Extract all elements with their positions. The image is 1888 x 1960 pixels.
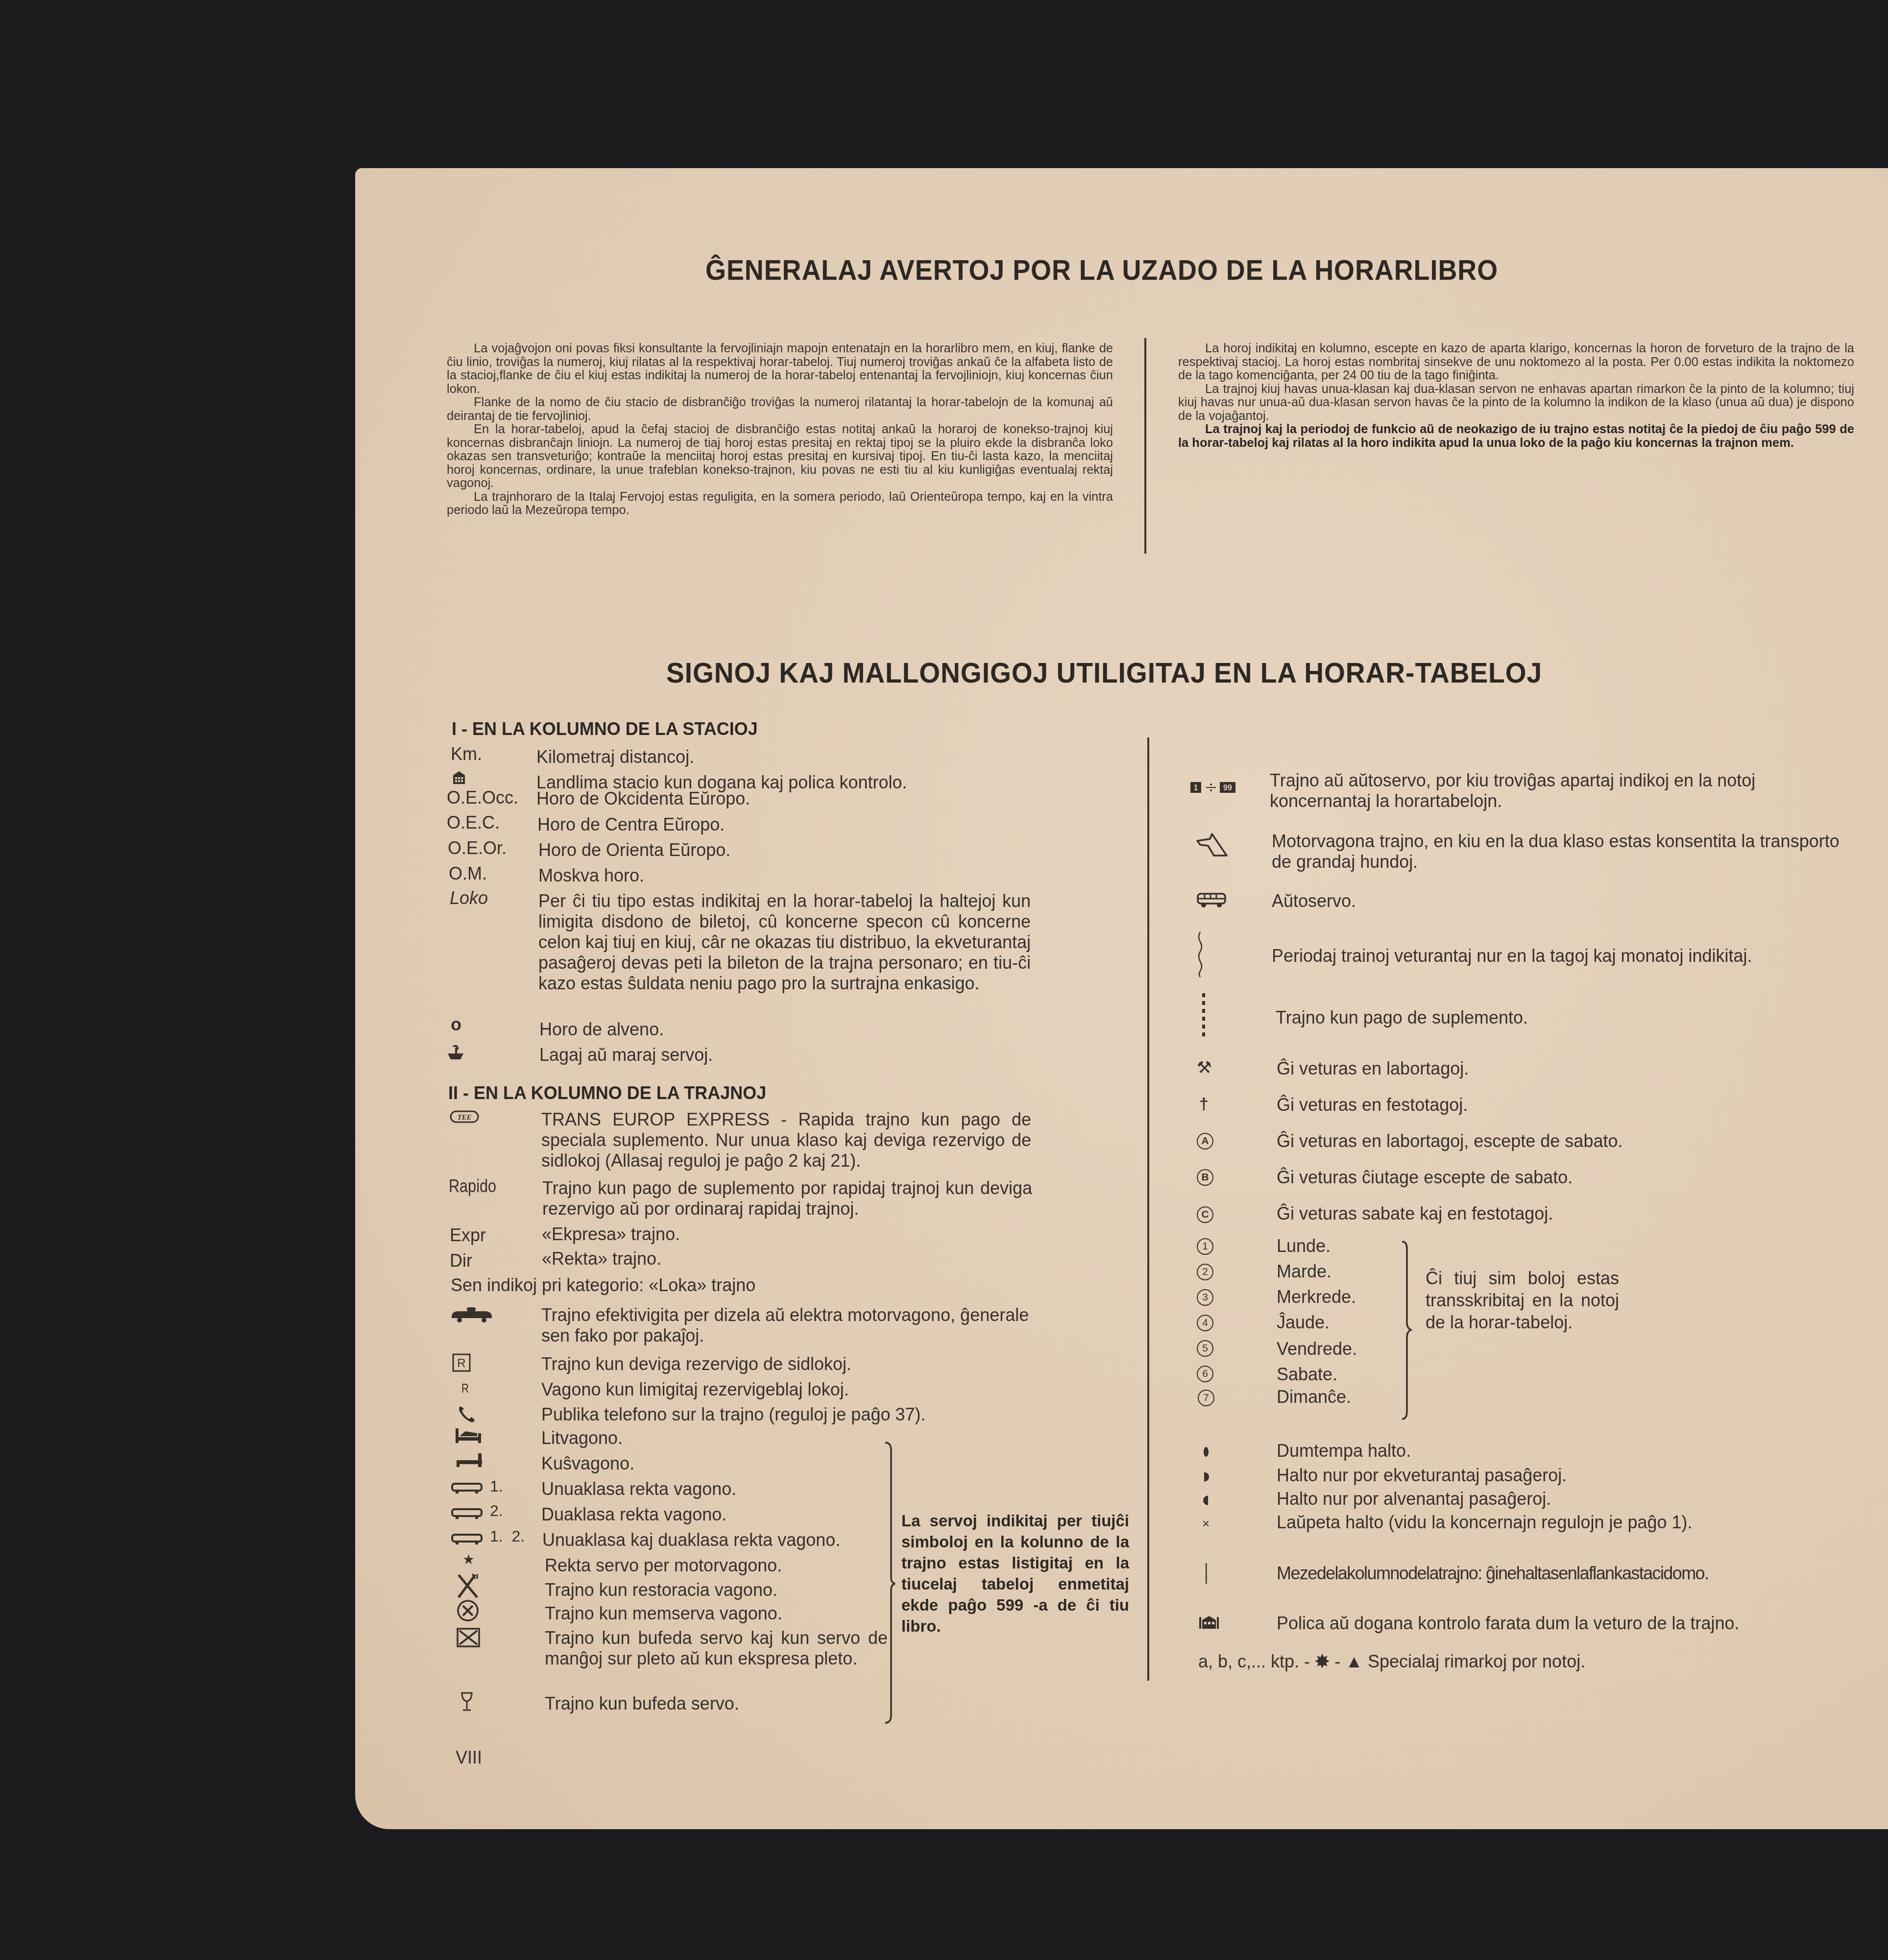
legend-text: Ĝi veturas en labortagoj. <box>1277 1058 1469 1079</box>
legend-text: Trajno kun pago de suplemento por rapida… <box>542 1178 1032 1219</box>
legend-text: Periodaj trainoj veturantaj nur en la ta… <box>1272 946 1752 966</box>
title-general-notes: ĜENERALAJ AVERTOJ POR LA UZADO DE LA HOR… <box>705 254 1498 287</box>
coach-icon <box>451 1481 483 1494</box>
vertical-bar-icon <box>1206 1563 1208 1584</box>
services-brace-note: La servoj indikitaj per tiujĉi simboloj … <box>901 1510 1129 1637</box>
legend-text: Per ĉi tiu tipo estas indikitaj en la ho… <box>538 891 1031 994</box>
on-request-stop-icon: × <box>1202 1513 1210 1534</box>
class-label: 1. 2. <box>490 1526 525 1546</box>
telephone-icon <box>457 1404 477 1424</box>
day-1-icon: 1 <box>1197 1238 1213 1255</box>
legend-text: Polica aŭ dogana kontrolo farata dum la … <box>1277 1613 1740 1634</box>
page-number: VIII <box>456 1747 482 1768</box>
left-half-stop-icon <box>1203 1494 1209 1506</box>
svg-text:TEE: TEE <box>457 1114 471 1122</box>
legend-text: Sabate. <box>1277 1364 1337 1385</box>
services-brace <box>884 1441 896 1725</box>
ship-icon <box>447 1044 464 1060</box>
bus-icon <box>1197 892 1227 908</box>
svg-text:1: 1 <box>1194 784 1198 792</box>
note-paragraph: En la horar-tabeloj, apud la ĉefaj staci… <box>447 423 1113 490</box>
legend-text: Trajno efektivigita per dizela aŭ elektr… <box>541 1305 1034 1346</box>
coach-icon <box>451 1532 483 1545</box>
special-letters: a, b, c,... ktp. - <box>1198 1651 1310 1671</box>
symbol-oe-or: O.E.Or. <box>448 838 507 858</box>
legend-text: Aŭtoservo. <box>1272 891 1356 911</box>
legend-text: Lunde. <box>1277 1236 1331 1256</box>
full-stop-icon <box>1203 1446 1209 1457</box>
notes-left-column: La vojaĝvojon oni povas fiksi konsultant… <box>447 342 1113 517</box>
legend-text: Lagaj aŭ maraj servoj. <box>539 1045 713 1065</box>
dog-icon <box>1195 833 1230 858</box>
special-remarks-row: a, b, c,... ktp. - ✸ - ▲ Specialaj rimar… <box>1198 1651 1585 1672</box>
hammers-icon: ⚒ <box>1197 1057 1211 1078</box>
star-icon: ★ <box>462 1549 475 1570</box>
legend-text: Trajno kun restoracia vagono. <box>545 1580 777 1600</box>
legend-text: Trajno kun deviga rezervigo de sidlokoj. <box>541 1354 851 1374</box>
day-5-icon: 5 <box>1197 1340 1213 1357</box>
note-paragraph: La horoj indikitaj en kolumno, escepte e… <box>1178 342 1854 383</box>
arrival-icon: o <box>451 1014 461 1035</box>
symbol-dir: Dir <box>450 1250 472 1271</box>
asterisk-icon: ✸ <box>1315 1651 1330 1671</box>
legend-text: Halto nur por ekveturantaj pasaĝeroj. <box>1277 1465 1567 1486</box>
legend-text: Ĝi veturas en labortagoj, escepte de sab… <box>1277 1131 1622 1151</box>
legend-text: Merkrede. <box>1277 1287 1356 1307</box>
circled-a-icon: A <box>1197 1133 1213 1150</box>
note-paragraph: Flanke de la nomo de ĉiu stacio de disbr… <box>447 396 1113 423</box>
legend-text: Marde. <box>1277 1261 1331 1282</box>
legend-text: Laŭpeta halto (vidu la koncernajn regulo… <box>1277 1512 1693 1533</box>
day-6-icon: 6 <box>1197 1366 1213 1382</box>
day-7-icon: 7 <box>1198 1390 1214 1406</box>
day-4-icon: 4 <box>1197 1315 1213 1331</box>
svg-text:99: 99 <box>1223 784 1232 792</box>
day-3-icon: 3 <box>1197 1289 1213 1306</box>
legend-text: Kuŝvagono. <box>541 1453 634 1474</box>
legend-text: Dumtempa halto. <box>1277 1441 1411 1461</box>
separator: - <box>1334 1651 1340 1671</box>
section-stations-heading: I - EN LA KOLUMNO DE LA STACIOJ <box>452 719 758 739</box>
no-category-note: Sen indikoj pri kategorio: «Loka» trajno <box>451 1275 755 1296</box>
legend-text: Litvagono. <box>541 1428 623 1448</box>
legend-text: Duaklasa rekta vagono. <box>541 1504 726 1525</box>
legend-text: Trajno kun pago de suplemento. <box>1276 1007 1528 1028</box>
svg-text:R: R <box>457 1357 465 1370</box>
legend-text: Horo de Centra Eŭropo. <box>537 814 725 835</box>
legend-text: Ĝi veturas sabate kaj en festotagoj. <box>1277 1203 1553 1224</box>
days-brace <box>1401 1240 1413 1421</box>
cross-icon: † <box>1199 1094 1209 1114</box>
note-paragraph-bold: La trajnoj kaj la periodoj de funkcio aŭ… <box>1178 423 1854 450</box>
legend-text: Moskva horo. <box>538 865 644 886</box>
wavy-line-icon <box>1195 931 1205 978</box>
restaurant-icon <box>456 1572 480 1599</box>
legend-text: Mezedelakolumnodelatrajno: ĝinehaltasenl… <box>1277 1563 1708 1584</box>
legend-text: Unuaklasa kaj duaklasa rekta vagono. <box>542 1530 840 1550</box>
legend-text: Horo de alveno. <box>539 1019 664 1040</box>
legend-text: «Ekpresa» trajno. <box>542 1224 680 1245</box>
coach-icon <box>451 1506 483 1520</box>
legend-text: Unuaklasa rekta vagono. <box>541 1479 736 1499</box>
legend-text: Vagono kun limigitaj rezervigeblaj lokoj… <box>541 1379 849 1400</box>
symbol-oe-c: O.E.C. <box>447 812 500 833</box>
days-brace-note: Ĉi tiuj sim boloj estas transskribitaj e… <box>1426 1267 1619 1333</box>
right-half-stop-icon <box>1203 1471 1209 1483</box>
symbol-rapido: Rapido <box>449 1176 496 1197</box>
legend-text: Ĝi veturas en festotagoj. <box>1277 1095 1468 1115</box>
sleeper-icon <box>455 1427 482 1444</box>
note-number-range-icon: 199 <box>1189 780 1238 795</box>
note-paragraph: La trajnhoraro de la Italaj Fervojoj est… <box>447 490 1113 517</box>
couchette-icon <box>456 1452 483 1468</box>
legend-text: Trajno kun memserva vagono. <box>545 1603 782 1624</box>
symbol-expr: Expr <box>450 1225 486 1246</box>
symbol-om: O.M. <box>449 863 487 884</box>
wineglass-icon <box>460 1691 474 1712</box>
legend-text: Vendrede. <box>1277 1339 1357 1359</box>
notes-right-column: La horoj indikitaj en kolumno, escepte e… <box>1178 342 1854 450</box>
note-paragraph: La trajnoj kiuj havas unua-klasan kaj du… <box>1178 383 1854 423</box>
legend-text: Horo de Orienta Eŭropo. <box>538 840 730 860</box>
symbol-km: Km. <box>451 744 482 764</box>
dotted-line-icon <box>1201 992 1206 1041</box>
legend-text: Halto nur por alvenantaj pasaĝeroj. <box>1277 1489 1551 1509</box>
legend-text: Ĝi veturas ĉiutage escepte de sabato. <box>1277 1167 1573 1188</box>
legend-text: Horo de Okcidenta Eŭropo. <box>536 788 750 809</box>
police-control-icon <box>1198 1615 1220 1630</box>
notes-divider <box>1144 338 1146 554</box>
legend-text: Ĵaude. <box>1277 1312 1330 1333</box>
legend-text: Dimanĉe. <box>1277 1387 1351 1407</box>
legend-text: «Rekta» trajno. <box>542 1249 661 1269</box>
symbol-oe-occ: O.E.Occ. <box>447 787 518 808</box>
legend-text: Kilometraj distancoj. <box>536 747 694 767</box>
triangle-icon: ▲ <box>1345 1651 1363 1671</box>
day-2-icon: 2 <box>1197 1264 1213 1280</box>
customs-station-icon <box>452 770 466 785</box>
railcar-icon <box>450 1306 494 1323</box>
symbol-loko: Loko <box>450 888 488 908</box>
tee-icon: TEE <box>450 1110 479 1123</box>
legend-divider <box>1147 737 1149 1681</box>
legend-text: TRANS EUROP EXPRESS - Rapida trajno kun … <box>541 1109 1031 1171</box>
note-paragraph: La vojaĝvojon oni povas fiksi konsultant… <box>447 342 1113 396</box>
self-service-icon <box>457 1599 479 1622</box>
legend-text: Rekta servo per motorvagono. <box>545 1555 782 1576</box>
circled-b-icon: B <box>1197 1169 1213 1186</box>
circled-c-icon: C <box>1197 1206 1213 1223</box>
legend-text: Motorvagona trajno, en kiu en la dua kla… <box>1272 831 1855 872</box>
class-label: 2. <box>490 1500 503 1521</box>
legend-text: Trajno kun bufeda servo. <box>545 1693 739 1714</box>
legend-text: Publika telefono sur la trajno (reguloj … <box>541 1404 925 1425</box>
reservation-required-icon: R <box>452 1353 471 1372</box>
section-trains-heading: II - EN LA KOLUMNO DE LA TRAJNOJ <box>448 1083 766 1103</box>
legend-text: Trajno kun bufeda servo kaj kun servo de… <box>545 1628 888 1669</box>
title-signs: SIGNOJ KAJ MALLONGIGOJ UTILIGITAJ EN LA … <box>666 657 1542 689</box>
limited-reservation-symbol: R <box>461 1378 469 1398</box>
legend-text: Trajno aŭ aŭtoservo, por kiu troviĝas ap… <box>1270 770 1853 811</box>
buffet-meals-icon <box>457 1628 480 1647</box>
class-label: 1. <box>490 1476 503 1496</box>
special-remarks-text: Specialaj rimarkoj por notoj. <box>1368 1651 1585 1671</box>
